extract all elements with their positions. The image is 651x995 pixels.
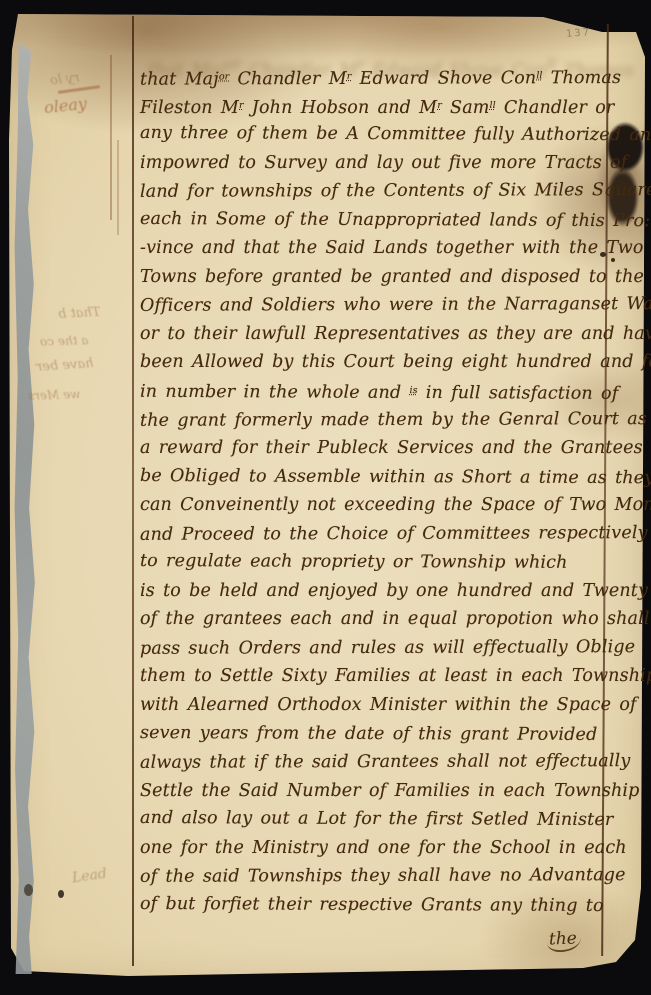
manuscript-line: to regulate each propriety or Township w…: [140, 547, 610, 578]
manuscript-line: been Allowed by this Court being eight h…: [140, 348, 610, 377]
manuscript-line: Towns before granted be granted and disp…: [140, 263, 610, 292]
manuscript-line: that Major Chandler Mr Edward Shove Conl…: [140, 62, 610, 92]
paper-hole: [24, 884, 33, 896]
page-number: 137: [566, 27, 592, 40]
manuscript-line: Officers and Soldiers who were in the Na…: [140, 291, 610, 321]
manuscript-line: Settle the Said Number of Families in ea…: [140, 777, 610, 806]
manuscript-line: a reward for their Publeck Services and …: [140, 434, 610, 463]
manuscript-line: or to their lawfull Representatives as t…: [140, 320, 610, 349]
manuscript-line: of but forfiet their respective Grants a…: [140, 890, 610, 921]
manuscript-line: them to Settle Sixty Families at least i…: [140, 662, 610, 691]
manuscript-line: seven years from the date of this grant …: [140, 719, 610, 750]
ink-speck: [611, 258, 615, 262]
manuscript-line: in number in the whole and is in full sa…: [140, 376, 610, 407]
manuscript-line: of the grantees each and in equal propot…: [140, 605, 610, 634]
manuscript-line: one for the Ministry and one for the Sch…: [140, 834, 610, 863]
crease-line: [110, 55, 112, 220]
manuscript-line: land for townships of the Contents of Si…: [140, 176, 610, 206]
manuscript-line: and also lay out a Lot for the first Set…: [140, 804, 610, 835]
manuscript-line: be Obliged to Assemble within as Short a…: [140, 462, 610, 493]
manuscript-line: pass such Orders and rules as will effec…: [140, 633, 610, 663]
manuscript-line: and Proceed to the Choice of Committees …: [140, 519, 610, 549]
manuscript-line: -vince and that the Said Lands together …: [140, 234, 610, 263]
manuscript-line: can Conveinently not exceeding the Space…: [140, 491, 610, 520]
manuscript-line: each in Some of the Unappropriated lands…: [140, 205, 610, 236]
manuscript-line: any three of them be A Committee fully A…: [140, 119, 610, 150]
manuscript-line: of the said Townships they shall have no…: [140, 861, 610, 891]
manuscript-line: with Alearned Orthodox Minister within t…: [140, 691, 610, 720]
manuscript-text: that Major Chandler Mr Edward Shove Conl…: [140, 63, 610, 919]
manuscript-line: the grant formerly made them by the Genr…: [140, 405, 610, 435]
manuscript-line: Fileston Mr John Hobson and Mr Samll Cha…: [140, 92, 610, 121]
crease-line: [117, 140, 119, 235]
paper-hole: [58, 890, 64, 898]
scanned-manuscript-page: { "page": { "number_faint": "137", "catc…: [0, 0, 651, 995]
manuscript-line: impowred to Survey and lay out five more…: [140, 149, 610, 178]
manuscript-line: always that if the said Grantees shall n…: [140, 747, 610, 777]
manuscript-line: is to be held and enjoyed by one hundred…: [140, 577, 610, 606]
left-margin-rule: [132, 16, 134, 966]
